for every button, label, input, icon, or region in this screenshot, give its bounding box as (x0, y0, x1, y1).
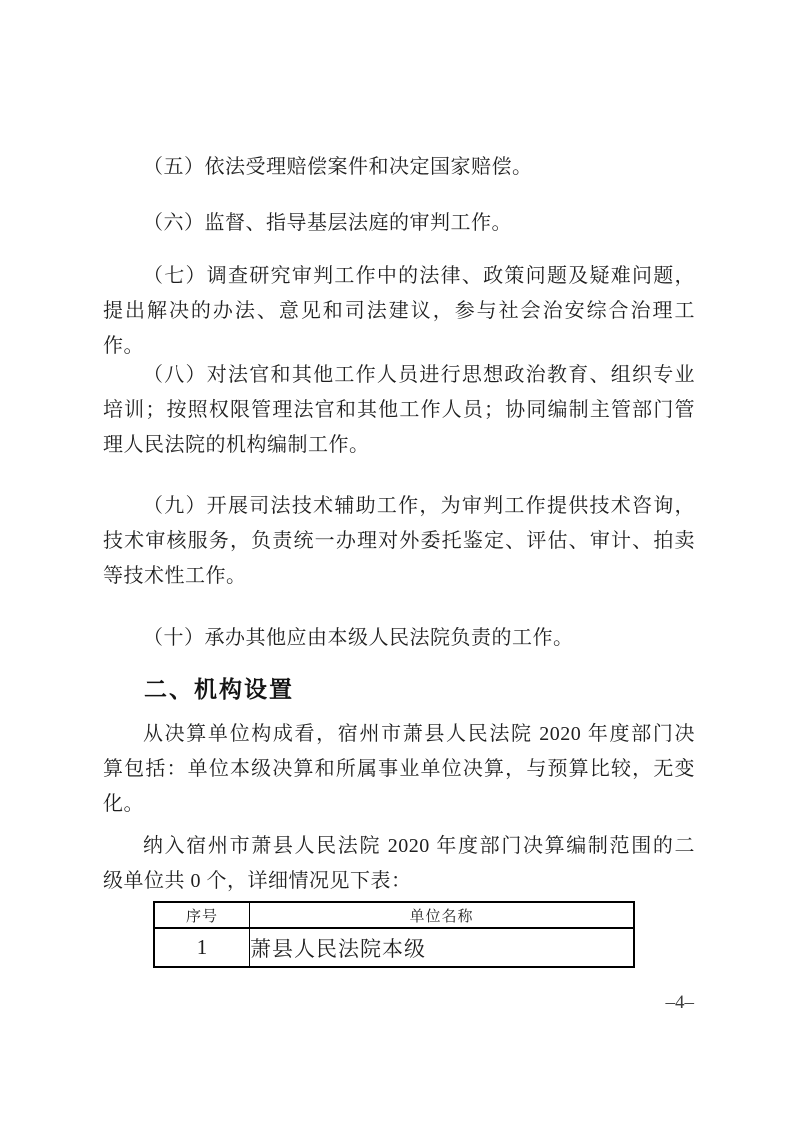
paragraph-line: （十）承办其他应由本级人民法院负责的工作。 (103, 621, 695, 656)
paragraph-line: （八）对法官和其他工作人员进行思想政治教育、组织专业 (103, 358, 695, 393)
duty-item-5: （五）依法受理赔偿案件和决定国家赔偿。 (103, 150, 695, 185)
paragraph-line: 化。 (103, 787, 695, 822)
duty-item-10: （十）承办其他应由本级人民法院负责的工作。 (103, 621, 695, 656)
paragraph-line: 从决算单位构成看，宿州市萧县人民法院 2020 年度部门决 (103, 717, 695, 752)
paragraph-budget-scope: 纳入宿州市萧县人民法院 2020 年度部门决算编制范围的二 级单位共 0 个，详… (103, 829, 695, 899)
paragraph-line: 提出解决的办法、意见和司法建议，参与社会治安综合治理工作。 (103, 294, 695, 364)
document-page: （五）依法受理赔偿案件和决定国家赔偿。 （六）监督、指导基层法庭的审判工作。 （… (0, 0, 793, 1122)
table-header-index: 序号 (154, 902, 250, 928)
table-header-unit-name: 单位名称 (250, 902, 635, 928)
paragraph-line: （五）依法受理赔偿案件和决定国家赔偿。 (103, 150, 695, 185)
paragraph-line: 培训；按照权限管理法官和其他工作人员；协同编制主管部门管 (103, 393, 695, 428)
paragraph-line: （六）监督、指导基层法庭的审判工作。 (103, 206, 695, 241)
paragraph-line: 技术审核服务，负责统一办理对外委托鉴定、评估、审计、拍卖 (103, 524, 695, 559)
units-table: 序号 单位名称 1 萧县人民法院本级 (153, 901, 635, 968)
paragraph-line: （九）开展司法技术辅助工作，为审判工作提供技术咨询， (103, 489, 695, 524)
table-header-row: 序号 单位名称 (154, 902, 634, 928)
duty-item-9: （九）开展司法技术辅助工作，为审判工作提供技术咨询， 技术审核服务，负责统一办理… (103, 489, 695, 594)
page-number: –4– (666, 992, 695, 1014)
duty-item-6: （六）监督、指导基层法庭的审判工作。 (103, 206, 695, 241)
paragraph-line: 纳入宿州市萧县人民法院 2020 年度部门决算编制范围的二 (103, 829, 695, 864)
paragraph-line: 等技术性工作。 (103, 559, 695, 594)
table-cell-index: 1 (154, 928, 250, 967)
section-heading-organization: 二、机构设置 (144, 672, 294, 707)
duty-item-7: （七）调查研究审判工作中的法律、政策问题及疑难问题， 提出解决的办法、意见和司法… (103, 259, 695, 364)
paragraph-line: 理人民法院的机构编制工作。 (103, 428, 695, 463)
paragraph-budget-overview: 从决算单位构成看，宿州市萧县人民法院 2020 年度部门决 算包括：单位本级决算… (103, 717, 695, 822)
table-cell-unit-name: 萧县人民法院本级 (250, 928, 635, 967)
paragraph-line: （七）调查研究审判工作中的法律、政策问题及疑难问题， (103, 259, 695, 294)
table-row: 1 萧县人民法院本级 (154, 928, 634, 967)
paragraph-line: 算包括：单位本级决算和所属事业单位决算，与预算比较，无变 (103, 752, 695, 787)
paragraph-line: 级单位共 0 个，详细情况见下表： (103, 864, 695, 899)
duty-item-8: （八）对法官和其他工作人员进行思想政治教育、组织专业 培训；按照权限管理法官和其… (103, 358, 695, 463)
